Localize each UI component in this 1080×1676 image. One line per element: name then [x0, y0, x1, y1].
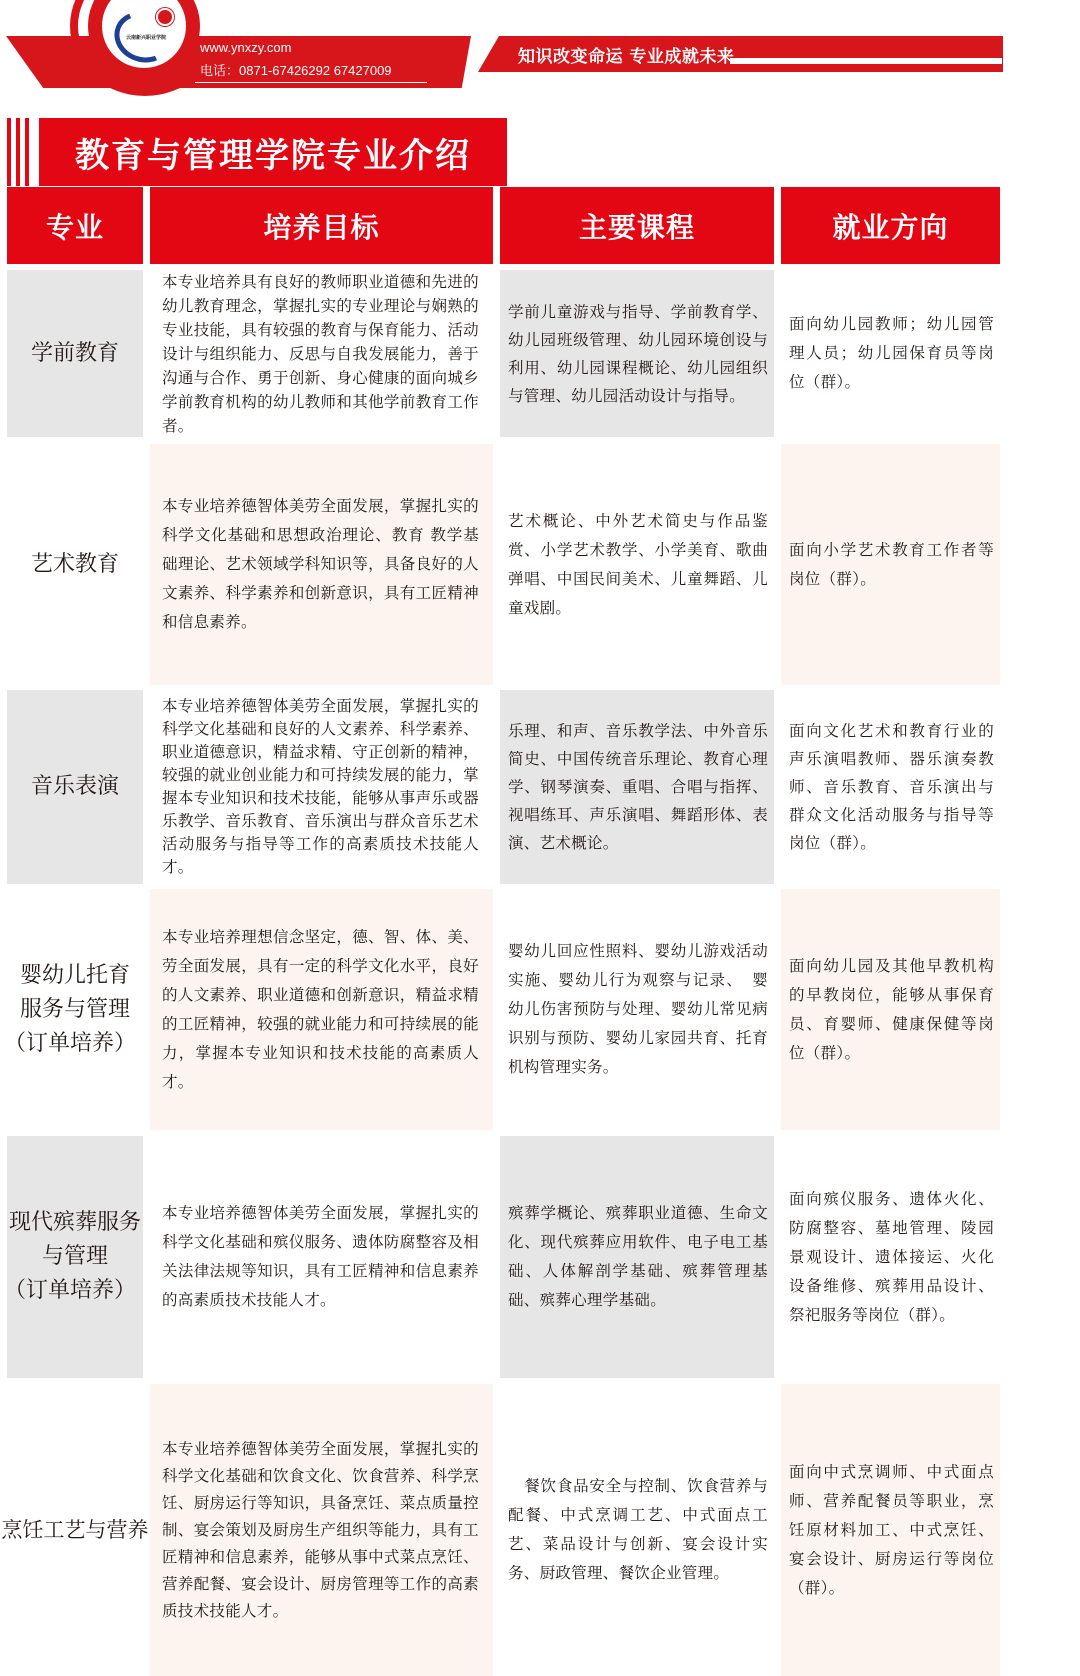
title-block: 教育与管理学院专业介绍: [39, 118, 507, 186]
table-row-6-courses: 餐饮食品安全与控制、饮食营养与配餐、中式烹调工艺、中式面点工艺、菜品设计与创新、…: [500, 1384, 774, 1676]
table-row-1-major: 学前教育: [7, 270, 143, 437]
table-row-1-courses: 学前儿童游戏与指导、学前教育学、幼儿园班级管理、幼儿园环境创设与利用、幼儿园课程…: [500, 270, 774, 437]
column-header-label: 就业方向: [832, 206, 948, 246]
column-header-label: 主要课程: [579, 206, 695, 246]
career-direction: 面向中式烹调师、中式面点师、营养配餐员等职业，烹饪原材料加工、中式烹饪、宴会设计…: [789, 1458, 994, 1603]
table-row-3-career: 面向文化艺术和教育行业的声乐演唱教师、器乐演奏教师、音乐教育、音乐演出与群众文化…: [781, 690, 1000, 884]
table-row-6-major: 烹饪工艺与营养: [0, 1384, 150, 1676]
major-name-line: （订单培养）: [4, 1274, 136, 1308]
major-name-line: 与管理: [42, 1240, 108, 1274]
title-stripe: [16, 118, 20, 186]
major-name: 学前教育: [31, 337, 119, 371]
major-name-line: 现代殡葬服务: [9, 1206, 141, 1240]
main-courses: 餐饮食品安全与控制、饮食营养与配餐、中式烹调工艺、中式面点工艺、菜品设计与创新、…: [508, 1472, 768, 1588]
training-goal: 本专业培养德智体美劳全面发展，掌握扎实的科学文化基础和饮食文化、饮食营养、科学烹…: [162, 1436, 479, 1625]
column-header-label: 专业: [46, 206, 104, 246]
training-goal: 本专业培养德智体美劳全面发展，掌握扎实的科学文化基础和思想政治理论、教育 教学基…: [162, 492, 479, 637]
column-header-goal: 培养目标: [150, 187, 493, 264]
major-name: 音乐表演: [31, 770, 119, 804]
major-name-line: 婴幼儿托育: [20, 959, 130, 993]
table-row-2-career: 面向小学艺术教育工作者等岗位（群）。: [781, 444, 1000, 685]
page-title: 教育与管理学院专业介绍: [75, 128, 471, 177]
table-row-4-goal: 本专业培养理想信念坚定，德、智、体、美、劳全面发展，具有一定的科学文化水平，良好…: [150, 889, 493, 1130]
logo-emblem-icon: [156, 8, 174, 26]
career-direction: 面向文化艺术和教育行业的声乐演唱教师、器乐演奏教师、音乐教育、音乐演出与群众文化…: [789, 717, 994, 857]
section-title-bar: 教育与管理学院专业介绍: [7, 118, 507, 186]
column-header-career: 就业方向: [781, 187, 1000, 264]
main-courses: 殡葬学概论、殡葬职业道德、生命文化、现代殡葬应用软件、电子电工基础、人体解剖学基…: [508, 1199, 768, 1315]
training-goal: 本专业培养理想信念坚定，德、智、体、美、劳全面发展，具有一定的科学文化水平，良好…: [162, 923, 479, 1097]
college-logo-icon: 云南新兴职业学院: [112, 4, 184, 64]
career-direction: 面向殡仪服务、遗体火化、防腐整容、墓地管理、陵园景观设计、遗体接运、火化设备维修…: [789, 1185, 994, 1330]
banner-underline: [195, 82, 427, 83]
header-banner: 云南新兴职业学院 www.ynxzy.com 电话：0871-67426292 …: [0, 0, 1080, 100]
phone-number: 电话：0871-67426292 67427009: [200, 60, 392, 79]
main-courses: 艺术概论、中外艺术简史与作品鉴赏、小学艺术教学、小学美育、歌曲弹唱、中国民间美术…: [508, 507, 768, 623]
slogan: 知识改变命运 专业成就未来: [518, 42, 734, 67]
table-row-4-major: 婴幼儿托育 服务与管理 （订单培养）: [7, 889, 143, 1130]
career-direction: 面向幼儿园教师；幼儿园管理人员；幼儿园保育员等岗位（群）。: [789, 310, 994, 397]
training-goal: 本专业培养德智体美劳全面发展，掌握扎实的科学文化基础和殡仪服务、遗体防腐整容及相…: [162, 1199, 479, 1315]
major-name-line: 服务与管理: [20, 993, 130, 1027]
table-row-4-courses: 婴幼儿回应性照料、婴幼儿游戏活动实施、婴幼儿行为观察与记录、 婴幼儿伤害预防与处…: [500, 889, 774, 1130]
table-row-5-career: 面向殡仪服务、遗体火化、防腐整容、墓地管理、陵园景观设计、遗体接运、火化设备维修…: [781, 1136, 1000, 1378]
title-stripe: [25, 118, 29, 186]
main-courses: 婴幼儿回应性照料、婴幼儿游戏活动实施、婴幼儿行为观察与记录、 婴幼儿伤害预防与处…: [508, 937, 768, 1082]
main-courses: 乐理、和声、音乐教学法、中外音乐简史、中国传统音乐理论、教育心理学、钢琴演奏、重…: [508, 717, 768, 857]
table-row-1-goal: 本专业培养具有良好的教师职业道德和先进的幼儿教育理念，掌握扎实的专业理论与娴熟的…: [150, 270, 493, 437]
logo-text: 云南新兴职业学院: [126, 34, 166, 41]
table-row-5-courses: 殡葬学概论、殡葬职业道德、生命文化、现代殡葬应用软件、电子电工基础、人体解剖学基…: [500, 1136, 774, 1378]
website-url[interactable]: www.ynxzy.com: [200, 40, 292, 55]
major-name: 艺术教育: [31, 548, 119, 582]
column-header-courses: 主要课程: [500, 187, 774, 264]
career-direction: 面向幼儿园及其他早教机构的早教岗位，能够从事保育员、育婴师、健康保健等岗位（群）…: [789, 952, 994, 1068]
column-header-label: 培养目标: [263, 206, 379, 246]
table-row-6-goal: 本专业培养德智体美劳全面发展，掌握扎实的科学文化基础和饮食文化、饮食营养、科学烹…: [150, 1384, 493, 1676]
table-row-1-career: 面向幼儿园教师；幼儿园管理人员；幼儿园保育员等岗位（群）。: [781, 270, 1000, 437]
table-row-4-career: 面向幼儿园及其他早教机构的早教岗位，能够从事保育员、育婴师、健康保健等岗位（群）…: [781, 889, 1000, 1130]
table-row-2-goal: 本专业培养德智体美劳全面发展，掌握扎实的科学文化基础和思想政治理论、教育 教学基…: [150, 444, 493, 685]
column-header-major: 专业: [7, 187, 143, 264]
training-goal: 本专业培养具有良好的教师职业道德和先进的幼儿教育理念，掌握扎实的专业理论与娴熟的…: [162, 270, 479, 438]
table-row-5-goal: 本专业培养德智体美劳全面发展，掌握扎实的科学文化基础和殡仪服务、遗体防腐整容及相…: [150, 1136, 493, 1378]
table-row-3-courses: 乐理、和声、音乐教学法、中外音乐简史、中国传统音乐理论、教育心理学、钢琴演奏、重…: [500, 690, 774, 884]
table-row-3-goal: 本专业培养德智体美劳全面发展，掌握扎实的科学文化基础和良好的人文素养、科学素养、…: [150, 690, 493, 884]
major-name-line: （订单培养）: [4, 1027, 136, 1061]
table-row-2-major: 艺术教育: [7, 444, 143, 685]
main-courses: 学前儿童游戏与指导、学前教育学、幼儿园班级管理、幼儿园环境创设与利用、幼儿园课程…: [508, 298, 768, 410]
table-row-2-courses: 艺术概论、中外艺术简史与作品鉴赏、小学艺术教学、小学美育、歌曲弹唱、中国民间美术…: [500, 444, 774, 685]
career-direction: 面向小学艺术教育工作者等岗位（群）。: [789, 536, 994, 594]
training-goal: 本专业培养德智体美劳全面发展，掌握扎实的科学文化基础和良好的人文素养、科学素养、…: [162, 695, 479, 879]
table-row-5-major: 现代殡葬服务 与管理 （订单培养）: [7, 1136, 143, 1378]
major-name: 烹饪工艺与营养: [2, 1513, 149, 1547]
table-row-6-career: 面向中式烹调师、中式面点师、营养配餐员等职业，烹饪原材料加工、中式烹饪、宴会设计…: [781, 1384, 1000, 1676]
banner-decorative-stripe: [730, 58, 1002, 64]
table-row-3-major: 音乐表演: [7, 690, 143, 884]
title-stripe: [7, 118, 11, 186]
